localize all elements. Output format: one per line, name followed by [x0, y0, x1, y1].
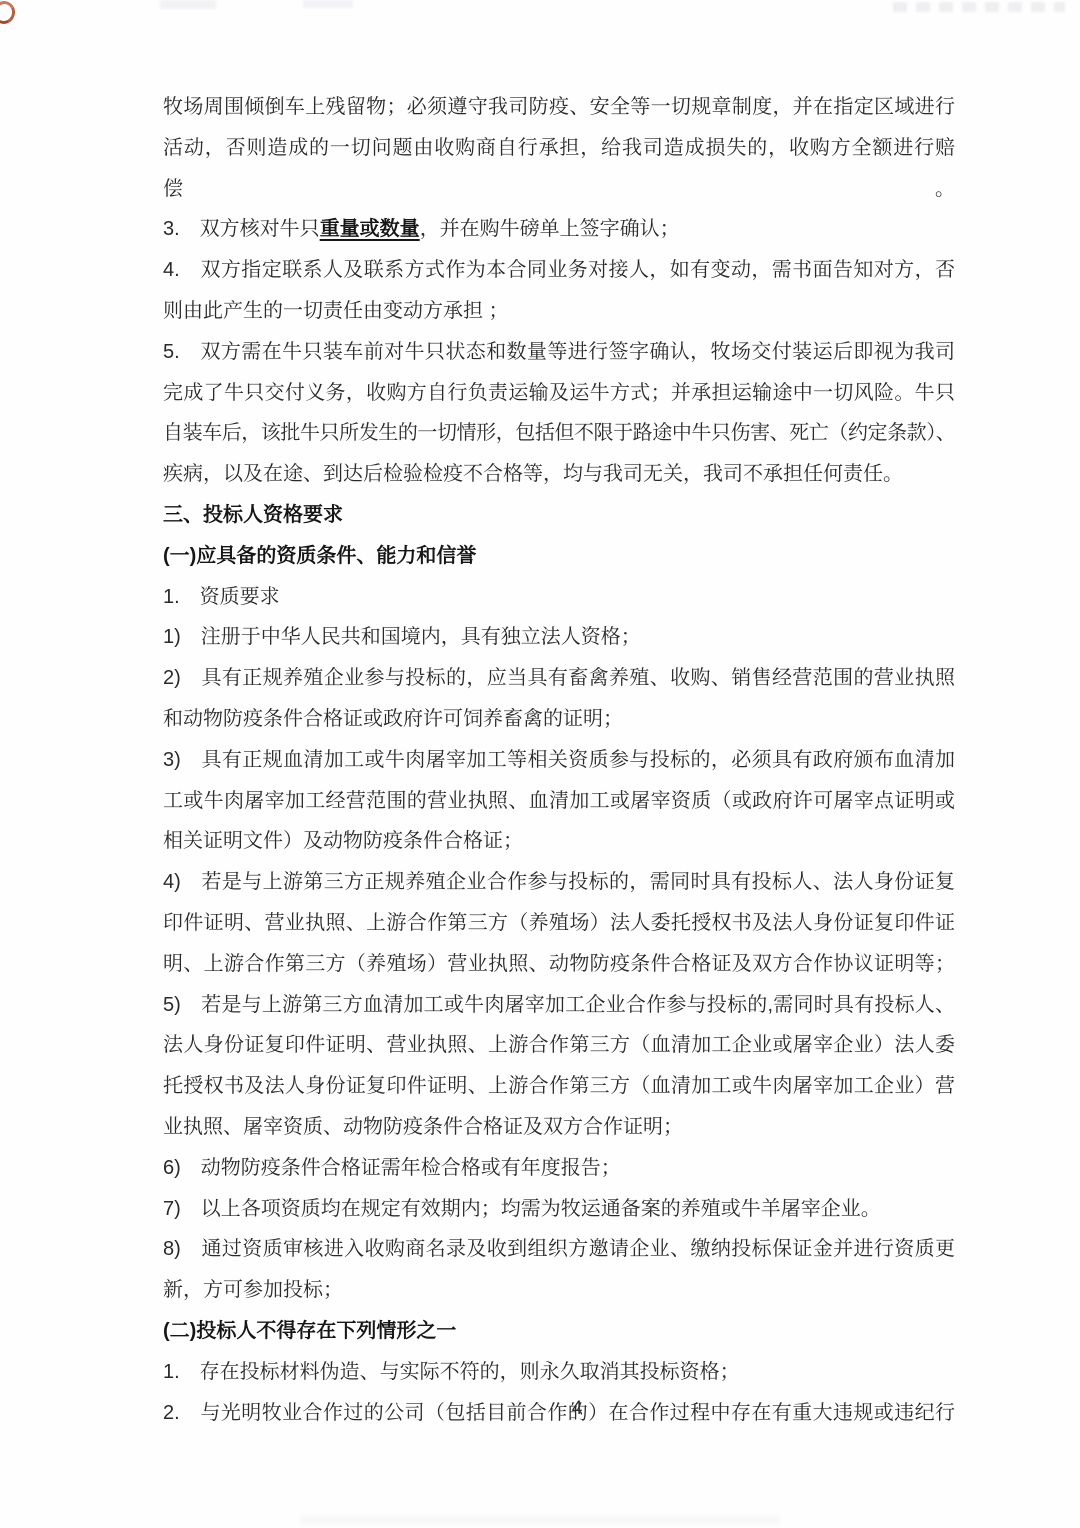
section-heading: 三、投标人资格要求 [163, 495, 955, 536]
doc-line: 则由此产生的一切责任由变动方承担 ； [163, 291, 955, 332]
doc-line: 业执照、屠宰资质、动物防疫条件合格证及双方合作证明； [163, 1107, 955, 1148]
doc-line: 工或牛肉屠宰加工经营范围的营业执照、血清加工或屠宰资质（或政府许可屠宰点证明或 [163, 781, 955, 822]
doc-line: 疾病，以及在途、到达后检验检疫不合格等，均与我司无关，我司不承担任何责任。 [163, 454, 955, 495]
doc-line: 明、上游合作第三方（养殖场）营业执照、动物防疫条件合格证及双方合作协议证明等； [163, 944, 955, 985]
scan-artifact [303, 0, 353, 8]
subsection-heading: (二)投标人不得存在下列情形之一 [163, 1311, 955, 1352]
doc-line: 8) 通过资质审核进入收购商名录及收到组织方邀请企业、缴纳投标保证金并进行资质更 [163, 1229, 955, 1270]
doc-line: 托授权书及法人身份证复印件证明、上游合作第三方（血清加工或牛肉屠宰加工企业）营 [163, 1066, 955, 1107]
item-text: ，并在购牛磅单上签字确认； [420, 218, 680, 240]
scanned-document-page: 牧场周围倾倒车上残留物；必须遵守我司防疫、安全等一切规章制度，并在指定区域进行 … [0, 0, 1080, 1528]
doc-line: 1) 注册于中华人民共和国境内，具有独立法人资格； [163, 617, 955, 658]
emphasized-text: 重量或数量 [320, 218, 420, 240]
red-stamp-fragment-icon [0, 0, 18, 27]
doc-line: 相关证明文件）及动物防疫条件合格证； [163, 821, 955, 862]
doc-line: 4. 双方指定联系人及联系方式作为本合同业务对接人，如有变动，需书面告知对方，否 [163, 250, 955, 291]
doc-line: 和动物防疫条件合格证或政府许可饲养畜禽的证明； [163, 699, 955, 740]
doc-line: 4) 若是与上游第三方正规养殖企业合作参与投标的，需同时具有投标人、法人身份证复 [163, 862, 955, 903]
doc-line: 7) 以上各项资质均在规定有效期内；均需为牧运通备案的养殖或牛羊屠宰企业。 [163, 1189, 955, 1230]
doc-line: 自装车后，该批牛只所发生的一切情形，包括但不限于路途中牛只伤害、死亡（约定条款）… [163, 413, 955, 454]
doc-line: 法人身份证复印件证明、营业执照、上游合作第三方（血清加工企业或屠宰企业）法人委 [163, 1025, 955, 1066]
doc-line: 6) 动物防疫条件合格证需年检合格或有年度报告； [163, 1148, 955, 1189]
doc-line: 新，方可参加投标； [163, 1270, 955, 1311]
doc-line: 完成了牛只交付义务，收购方自行负责运输及运牛方式；并承担运输途中一切风险。牛只 [163, 373, 955, 414]
item-text: 3. 双方核对牛只 [163, 218, 320, 240]
doc-line: 1. 存在投标材料伪造、与实际不符的，则永久取消其投标资格； [163, 1352, 955, 1393]
doc-line: 活动，否则造成的一切问题由收购商自行承担，给我司造成损失的，收购方全额进行赔偿。 [163, 128, 955, 210]
doc-line: 印件证明、营业执照、上游合作第三方（养殖场）法人委托授权书及法人身份证复印件证 [163, 903, 955, 944]
doc-line: 3) 具有正规血清加工或牛肉屠宰加工等相关资质参与投标的，必须具有政府颁布血清加 [163, 740, 955, 781]
doc-line: 牧场周围倾倒车上残留物；必须遵守我司防疫、安全等一切规章制度，并在指定区域进行 [163, 87, 955, 128]
doc-line: 1. 资质要求 [163, 577, 955, 618]
doc-line-item-3: 3. 双方核对牛只重量或数量，并在购牛磅单上签字确认； [163, 209, 955, 250]
scan-artifact [160, 0, 216, 9]
subsection-heading: (一)应具备的资质条件、能力和信誉 [163, 536, 955, 577]
scan-artifact [893, 2, 1065, 12]
scan-artifact [300, 1516, 780, 1524]
doc-line: 5. 双方需在牛只装车前对牛只状态和数量等进行签字确认，牧场交付装运后即视为我司 [163, 332, 955, 373]
document-body: 牧场周围倾倒车上残留物；必须遵守我司防疫、安全等一切规章制度，并在指定区域进行 … [163, 87, 955, 1433]
doc-line: 2) 具有正规养殖企业参与投标的，应当具有畜禽养殖、收购、销售经营范围的营业执照 [163, 658, 955, 699]
doc-line: 5) 若是与上游第三方血清加工或牛肉屠宰加工企业合作参与投标的,需同时具有投标人… [163, 985, 955, 1026]
page-number: 4 [181, 1398, 973, 1420]
